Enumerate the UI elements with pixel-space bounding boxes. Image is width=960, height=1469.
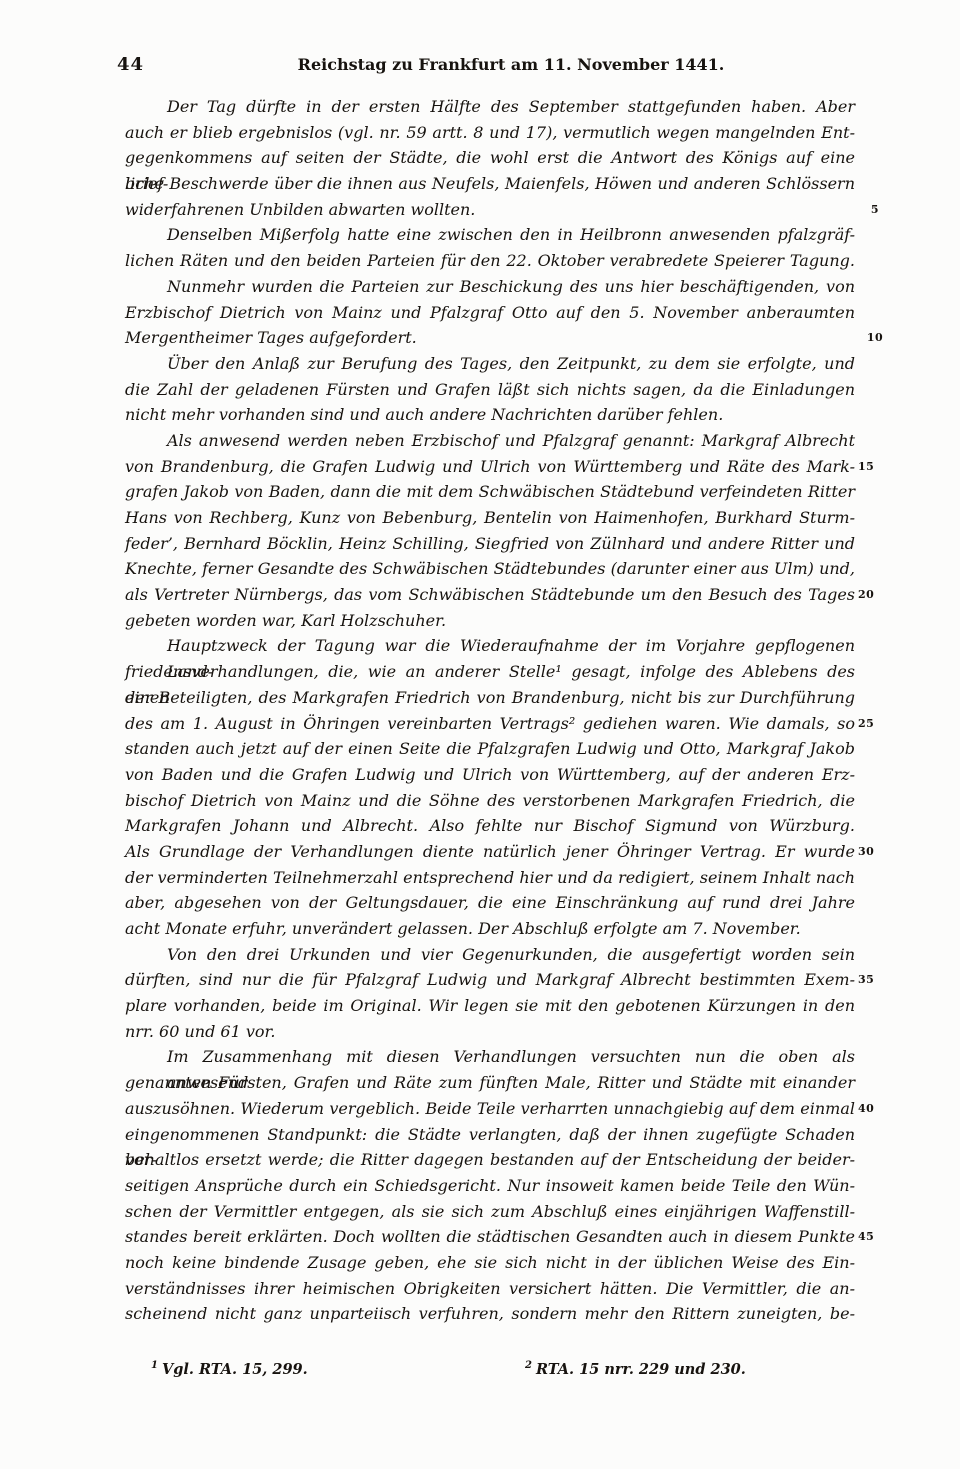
line-text: bischof Dietrich von Mainz und die Söhne…	[125, 791, 855, 810]
text-line: der Beteiligten, des Markgrafen Friedric…	[125, 685, 855, 711]
line-number: 35	[858, 967, 892, 993]
text-line: gegenkommens auf seiten der Städte, die …	[125, 145, 855, 171]
text-line: standen auch jetzt auf der einen Seite d…	[125, 736, 855, 762]
line-text: standen auch jetzt auf der einen Seite d…	[125, 739, 855, 758]
footnote-marker: 2	[525, 1360, 532, 1371]
line-text: dürften, sind nur die für Pfalzgraf Ludw…	[125, 970, 855, 989]
text-line: Über den Anlaß zur Berufung des Tages, d…	[125, 351, 855, 377]
line-text: Markgrafen Johann und Albrecht. Also feh…	[125, 816, 855, 835]
text-line: Mergentheimer Tages aufgefordert.10	[125, 325, 855, 351]
text-line: scheinend nicht ganz unparteiisch verfuh…	[125, 1301, 855, 1327]
line-text: nrr. 60 und 61 vor.	[125, 1022, 276, 1041]
line-text: noch keine bindende Zusage geben, ehe si…	[125, 1253, 855, 1272]
text-line: bischof Dietrich von Mainz und die Söhne…	[125, 788, 855, 814]
text-line: Erzbischof Dietrich von Mainz und Pfalzg…	[125, 300, 855, 326]
text-line: feder’, Bernhard Böcklin, Heinz Schillin…	[125, 531, 855, 557]
line-text: seitigen Ansprüche durch ein Schiedsgeri…	[125, 1176, 855, 1195]
text-line: als Vertreter Nürnbergs, das vom Schwäbi…	[125, 582, 855, 608]
text-line: auszusöhnen. Wiederum vergeblich. Beide …	[125, 1096, 855, 1122]
line-text: nicht mehr vorhanden sind und auch ander…	[125, 405, 723, 424]
line-text: des am 1. August in Öhringen vereinbarte…	[125, 714, 855, 733]
line-text: Als Grundlage der Verhandlungen diente n…	[125, 842, 855, 861]
text-line: Im Zusammenhang mit diesen Verhandlungen…	[125, 1044, 855, 1070]
line-text: von Brandenburg, die Grafen Ludwig und U…	[125, 457, 855, 476]
document-page: 44 Reichstag zu Frankfurt am 11. Novembe…	[0, 0, 960, 1469]
text-line: von Baden und die Grafen Ludwig und Ulri…	[125, 762, 855, 788]
text-line: des am 1. August in Öhringen vereinbarte…	[125, 711, 855, 737]
text-line: behaltlos ersetzt werde; die Ritter dage…	[125, 1147, 855, 1173]
text-line: Markgrafen Johann und Albrecht. Also feh…	[125, 813, 855, 839]
text-line: genannten Fürsten, Grafen und Räte zum f…	[125, 1070, 855, 1096]
line-text: liche Beschwerde über die ihnen aus Neuf…	[125, 174, 855, 193]
text-line: Knechte, ferner Gesandte des Schwäbische…	[125, 556, 855, 582]
text-line: eingenommenen Standpunkt: die Städte ver…	[125, 1122, 855, 1148]
line-text: der Beteiligten, des Markgrafen Friedric…	[125, 688, 855, 707]
running-title: Reichstag zu Frankfurt am 11. November 1…	[130, 55, 892, 74]
line-text: grafen Jakob von Baden, dann die mit dem…	[125, 482, 855, 501]
text-line: Denselben Mißerfolg hatte eine zwischen …	[125, 222, 855, 248]
line-number: 15	[858, 454, 892, 480]
text-line: Nunmehr wurden die Parteien zur Beschick…	[125, 274, 855, 300]
text-block: Der Tag dürfte in der ersten Hälfte des …	[125, 94, 855, 1327]
text-line: Hauptzweck der Tagung war die Wiederaufn…	[125, 633, 855, 659]
text-line: schen der Vermittler entgegen, als sie s…	[125, 1199, 855, 1225]
page-header: 44 Reichstag zu Frankfurt am 11. Novembe…	[0, 52, 960, 80]
footnote-2: 2RTA. 15 nrr. 229 und 230.	[525, 1360, 746, 1378]
line-number: 5	[858, 197, 892, 223]
line-text: plare vorhanden, beide im Original. Wir …	[125, 996, 855, 1015]
line-text: scheinend nicht ganz unparteiisch verfuh…	[125, 1304, 855, 1323]
line-number: 40	[858, 1096, 892, 1122]
line-text: standes bereit erklärten. Doch wollten d…	[125, 1227, 855, 1246]
text-line: lichen Räten und den beiden Parteien für…	[125, 248, 855, 274]
text-line: standes bereit erklärten. Doch wollten d…	[125, 1224, 855, 1250]
line-text: schen der Vermittler entgegen, als sie s…	[125, 1202, 855, 1221]
line-text: auszusöhnen. Wiederum vergeblich. Beide …	[125, 1099, 855, 1118]
footnote-1: 1Vgl. RTA. 15, 299.	[151, 1360, 308, 1378]
line-text: auch er blieb ergebnislos (vgl. nr. 59 a…	[125, 123, 855, 142]
line-text: feder’, Bernhard Böcklin, Heinz Schillin…	[125, 534, 855, 553]
line-text: als Vertreter Nürnbergs, das vom Schwäbi…	[125, 585, 855, 604]
line-text: Nunmehr wurden die Parteien zur Beschick…	[167, 277, 855, 296]
text-line: friedensverhandlungen, die, wie an ander…	[125, 659, 855, 685]
text-line: Als Grundlage der Verhandlungen diente n…	[125, 839, 855, 865]
footnote-marker: 1	[151, 1360, 158, 1371]
text-line: verständnisses ihrer heimischen Obrigkei…	[125, 1276, 855, 1302]
footnote-text: Vgl. RTA. 15, 299.	[162, 1361, 308, 1378]
line-number: 10	[858, 325, 892, 351]
line-text: verständnisses ihrer heimischen Obrigkei…	[125, 1279, 855, 1298]
text-line: acht Monate erfuhr, unverändert gelassen…	[125, 916, 855, 942]
text-line: dürften, sind nur die für Pfalzgraf Ludw…	[125, 967, 855, 993]
line-text: Über den Anlaß zur Berufung des Tages, d…	[167, 354, 855, 373]
line-text: von Baden und die Grafen Ludwig und Ulri…	[125, 765, 855, 784]
text-line: die Zahl der geladenen Fürsten und Grafe…	[125, 377, 855, 403]
text-line: nrr. 60 und 61 vor.	[125, 1019, 855, 1045]
line-number: 25	[858, 711, 892, 737]
text-line: Von den drei Urkunden und vier Gegenurku…	[125, 942, 855, 968]
text-line: Als anwesend werden neben Erzbischof und…	[125, 428, 855, 454]
footnotes: 1Vgl. RTA. 15, 299. 2RTA. 15 nrr. 229 un…	[125, 1360, 885, 1390]
text-line: von Brandenburg, die Grafen Ludwig und U…	[125, 454, 855, 480]
line-text: Der Tag dürfte in der ersten Hälfte des …	[167, 97, 855, 116]
text-line: widerfahrenen Unbilden abwarten wollten.…	[125, 197, 855, 223]
line-number: 45	[858, 1224, 892, 1250]
line-text: Als anwesend werden neben Erzbischof und…	[167, 431, 855, 450]
text-line: liche Beschwerde über die ihnen aus Neuf…	[125, 171, 855, 197]
text-line: auch er blieb ergebnislos (vgl. nr. 59 a…	[125, 120, 855, 146]
line-text: Denselben Mißerfolg hatte eine zwischen …	[167, 225, 855, 244]
footnote-text: RTA. 15 nrr. 229 und 230.	[536, 1361, 746, 1378]
line-text: genannten Fürsten, Grafen und Räte zum f…	[125, 1073, 855, 1092]
line-text: die Zahl der geladenen Fürsten und Grafe…	[125, 380, 855, 399]
text-line: Der Tag dürfte in der ersten Hälfte des …	[125, 94, 855, 120]
text-line: grafen Jakob von Baden, dann die mit dem…	[125, 479, 855, 505]
text-line: gebeten worden war, Karl Holzschuher.	[125, 608, 855, 634]
line-number: 30	[858, 839, 892, 865]
line-text: lichen Räten und den beiden Parteien für…	[125, 251, 855, 270]
line-text: gebeten worden war, Karl Holzschuher.	[125, 611, 446, 630]
text-line: plare vorhanden, beide im Original. Wir …	[125, 993, 855, 1019]
text-line: aber, abgesehen von der Geltungsdauer, d…	[125, 890, 855, 916]
line-text: Mergentheimer Tages aufgefordert.	[125, 328, 417, 347]
line-text: acht Monate erfuhr, unverändert gelassen…	[125, 919, 801, 938]
line-text: Erzbischof Dietrich von Mainz und Pfalzg…	[125, 303, 855, 322]
line-text: behaltlos ersetzt werde; die Ritter dage…	[125, 1150, 855, 1169]
line-text: Hans von Rechberg, Kunz von Bebenburg, B…	[125, 508, 855, 527]
text-line: seitigen Ansprüche durch ein Schiedsgeri…	[125, 1173, 855, 1199]
line-number: 20	[858, 582, 892, 608]
line-text: der verminderten Teilnehmerzahl entsprec…	[125, 868, 855, 887]
line-text: Von den drei Urkunden und vier Gegenurku…	[167, 945, 855, 964]
line-text: Knechte, ferner Gesandte des Schwäbische…	[125, 559, 855, 578]
line-text: widerfahrenen Unbilden abwarten wollten.	[125, 200, 475, 219]
text-line: Hans von Rechberg, Kunz von Bebenburg, B…	[125, 505, 855, 531]
text-line: der verminderten Teilnehmerzahl entsprec…	[125, 865, 855, 891]
text-line: noch keine bindende Zusage geben, ehe si…	[125, 1250, 855, 1276]
line-text: aber, abgesehen von der Geltungsdauer, d…	[125, 893, 855, 912]
text-line: nicht mehr vorhanden sind und auch ander…	[125, 402, 855, 428]
